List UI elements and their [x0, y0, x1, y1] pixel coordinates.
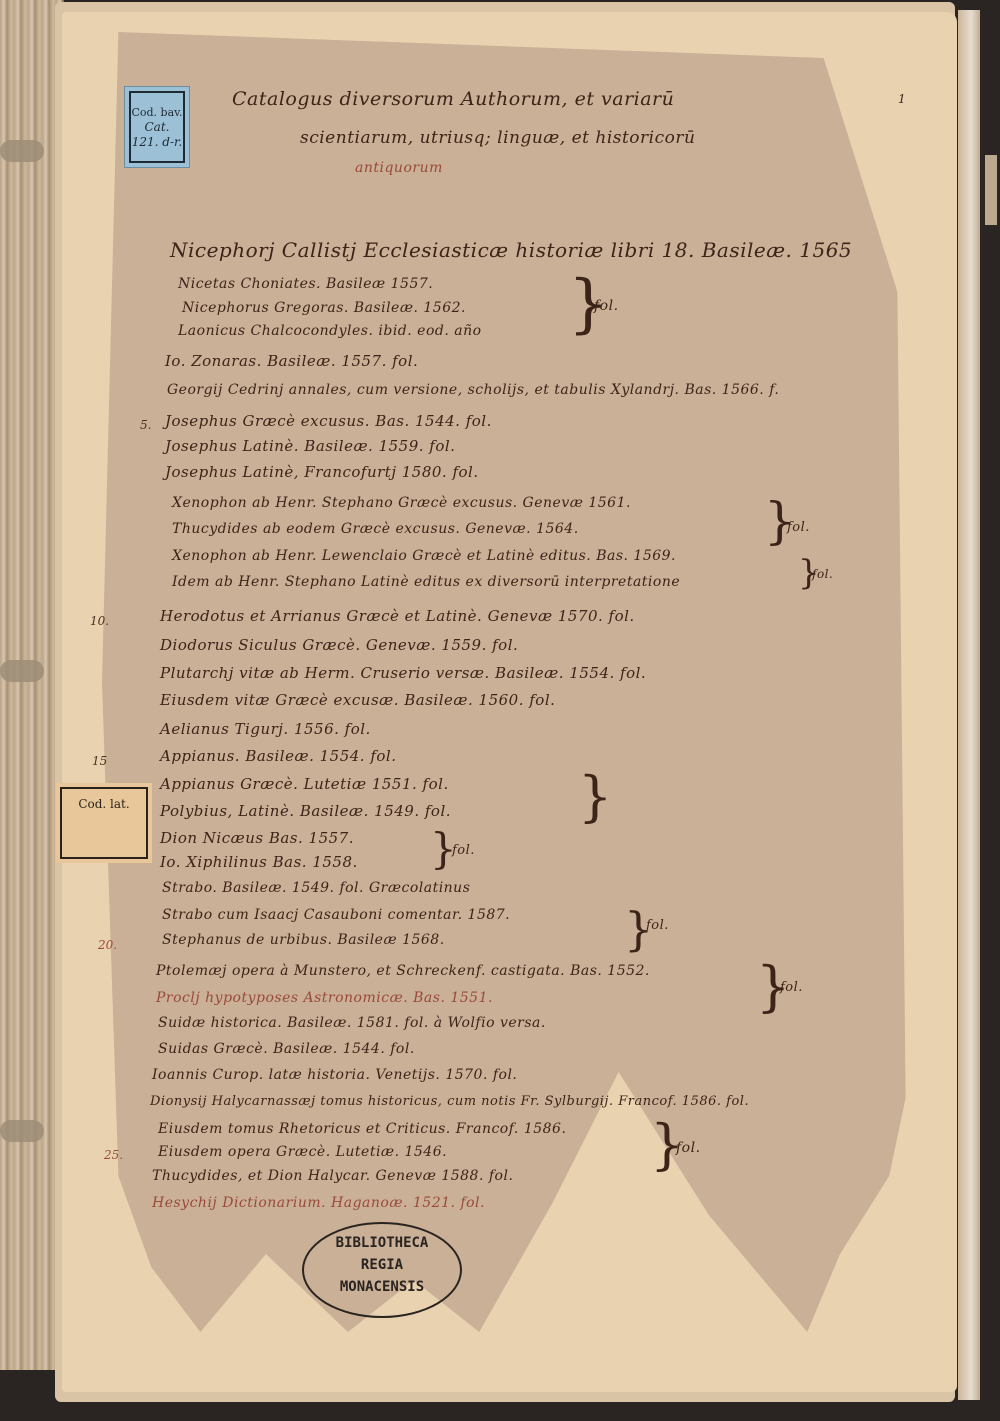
- entry: Eiusdem tomus Rhetoricus et Criticus. Fr…: [158, 1121, 566, 1137]
- entry: Josephus Græcè excusus. Bas. 1544. fol.: [165, 412, 492, 430]
- entry: Hesychij Dictionarium. Haganoæ. 1521. fo…: [152, 1195, 485, 1211]
- brace-label: fol.: [787, 520, 810, 535]
- entry: Herodotus et Arrianus Græcè et Latinè. G…: [160, 607, 635, 625]
- stamp-line1: BIBLIOTHECA: [304, 1232, 460, 1254]
- binding-tie: [0, 140, 44, 162]
- brace-label: fol.: [594, 298, 619, 314]
- entry: Eiusdem opera Græcè. Lutetiæ. 1546.: [158, 1144, 447, 1160]
- shelfmark-line2: Cat.: [125, 120, 189, 135]
- brace-label: fol.: [812, 567, 833, 581]
- entry: Polybius, Latinè. Basileæ. 1549. fol.: [160, 802, 451, 820]
- line-number: 15: [92, 754, 107, 768]
- line-number: 5.: [140, 418, 151, 432]
- entry: Eiusdem vitæ Græcè excusæ. Basileæ. 1560…: [160, 691, 555, 709]
- entry: Georgij Cedrinj annales, cum versione, s…: [167, 382, 779, 398]
- stamp-line3: MONACENSIS: [304, 1276, 460, 1298]
- brace-label: fol.: [646, 918, 669, 933]
- entry: Nicetas Choniates. Basileæ 1557.: [178, 276, 433, 292]
- shelfmark-line1: Cod. bav.: [125, 105, 189, 120]
- entry: Thucydides, et Dion Halycar. Genevæ 1588…: [152, 1168, 513, 1184]
- entry: Dion Nicæus Bas. 1557.: [160, 829, 354, 847]
- entry: Laonicus Chalcocondyles. ibid. eod. año: [178, 323, 482, 339]
- entry: Strabo. Basileæ. 1549. fol. Græcolatinus: [162, 880, 470, 896]
- entry: Josephus Latinè, Francofurtj 1580. fol.: [165, 463, 479, 481]
- entry: Dionysij Halycarnassæj tomus historicus,…: [150, 1094, 749, 1109]
- water-stain: [102, 32, 922, 1332]
- binding-tie: [0, 1120, 44, 1142]
- line-number: 20.: [98, 938, 117, 952]
- entry: Thucydides ab eodem Græcè excusus. Genev…: [172, 521, 579, 537]
- entry: Xenophon ab Henr. Lewenclaio Græcè et La…: [172, 548, 676, 564]
- entry: Proclj hypotyposes Astronomicæ. Bas. 155…: [156, 990, 493, 1006]
- line-number: 25.: [104, 1148, 123, 1162]
- entry: Ioannis Curop. latæ historia. Venetijs. …: [152, 1067, 517, 1083]
- entry: Josephus Latinè. Basileæ. 1559. fol.: [165, 437, 455, 455]
- entry: Suidæ historica. Basileæ. 1581. fol. à W…: [158, 1015, 546, 1031]
- brace-label: fol.: [452, 843, 475, 858]
- entry: Aelianus Tigurj. 1556. fol.: [160, 720, 371, 738]
- title-line-3: antiquorum: [355, 160, 443, 176]
- brace-label: fol.: [780, 980, 803, 995]
- entry: Suidas Græcè. Basileæ. 1544. fol.: [158, 1041, 415, 1057]
- corner-mark: 1: [898, 92, 906, 106]
- brace-label: fol.: [676, 1140, 701, 1156]
- entry: Io. Xiphilinus Bas. 1558.: [160, 853, 358, 871]
- shelfmark-label: Cod. bav. Cat. 121. d-r.: [124, 86, 190, 168]
- library-stamp: BIBLIOTHECA REGIA MONACENSIS: [302, 1222, 462, 1318]
- page-edges: [958, 10, 980, 1400]
- line-number: 10.: [90, 614, 109, 628]
- title-line-2: scientiarum, utriusq; linguæ, et histori…: [300, 128, 695, 148]
- page-tab: [985, 155, 997, 225]
- cod-lat-label: Cod. lat.: [56, 783, 152, 863]
- entry: Idem ab Henr. Stephano Latinè editus ex …: [172, 574, 680, 590]
- entry: Appianus. Basileæ. 1554. fol.: [160, 747, 396, 765]
- entry: Ptolemæj opera à Munstero, et Schreckenf…: [156, 963, 650, 979]
- entry: Xenophon ab Henr. Stephano Græcè excusus…: [172, 495, 631, 511]
- cod-lat-text: Cod. lat.: [78, 797, 129, 811]
- entry: Diodorus Siculus Græcè. Genevæ. 1559. fo…: [160, 636, 518, 654]
- entry: Nicephorus Gregoras. Basileæ. 1562.: [182, 300, 466, 316]
- entry: Appianus Græcè. Lutetiæ 1551. fol.: [160, 775, 449, 793]
- binding-tie: [0, 660, 44, 682]
- shelfmark-line3: 121. d-r.: [125, 135, 189, 150]
- entry: Nicephorj Callistj Ecclesiasticæ histori…: [170, 238, 852, 262]
- stamp-line2: REGIA: [304, 1254, 460, 1276]
- title-line-1: Catalogus diversorum Authorum, et variar…: [232, 88, 674, 110]
- entry: Strabo cum Isaacj Casauboni comentar. 15…: [162, 907, 510, 923]
- entry: Stephanus de urbibus. Basileæ 1568.: [162, 932, 445, 948]
- entry: Io. Zonaras. Basileæ. 1557. fol.: [165, 352, 418, 370]
- brace: }: [578, 770, 612, 824]
- entry: Plutarchj vitæ ab Herm. Cruserio versæ. …: [160, 664, 646, 682]
